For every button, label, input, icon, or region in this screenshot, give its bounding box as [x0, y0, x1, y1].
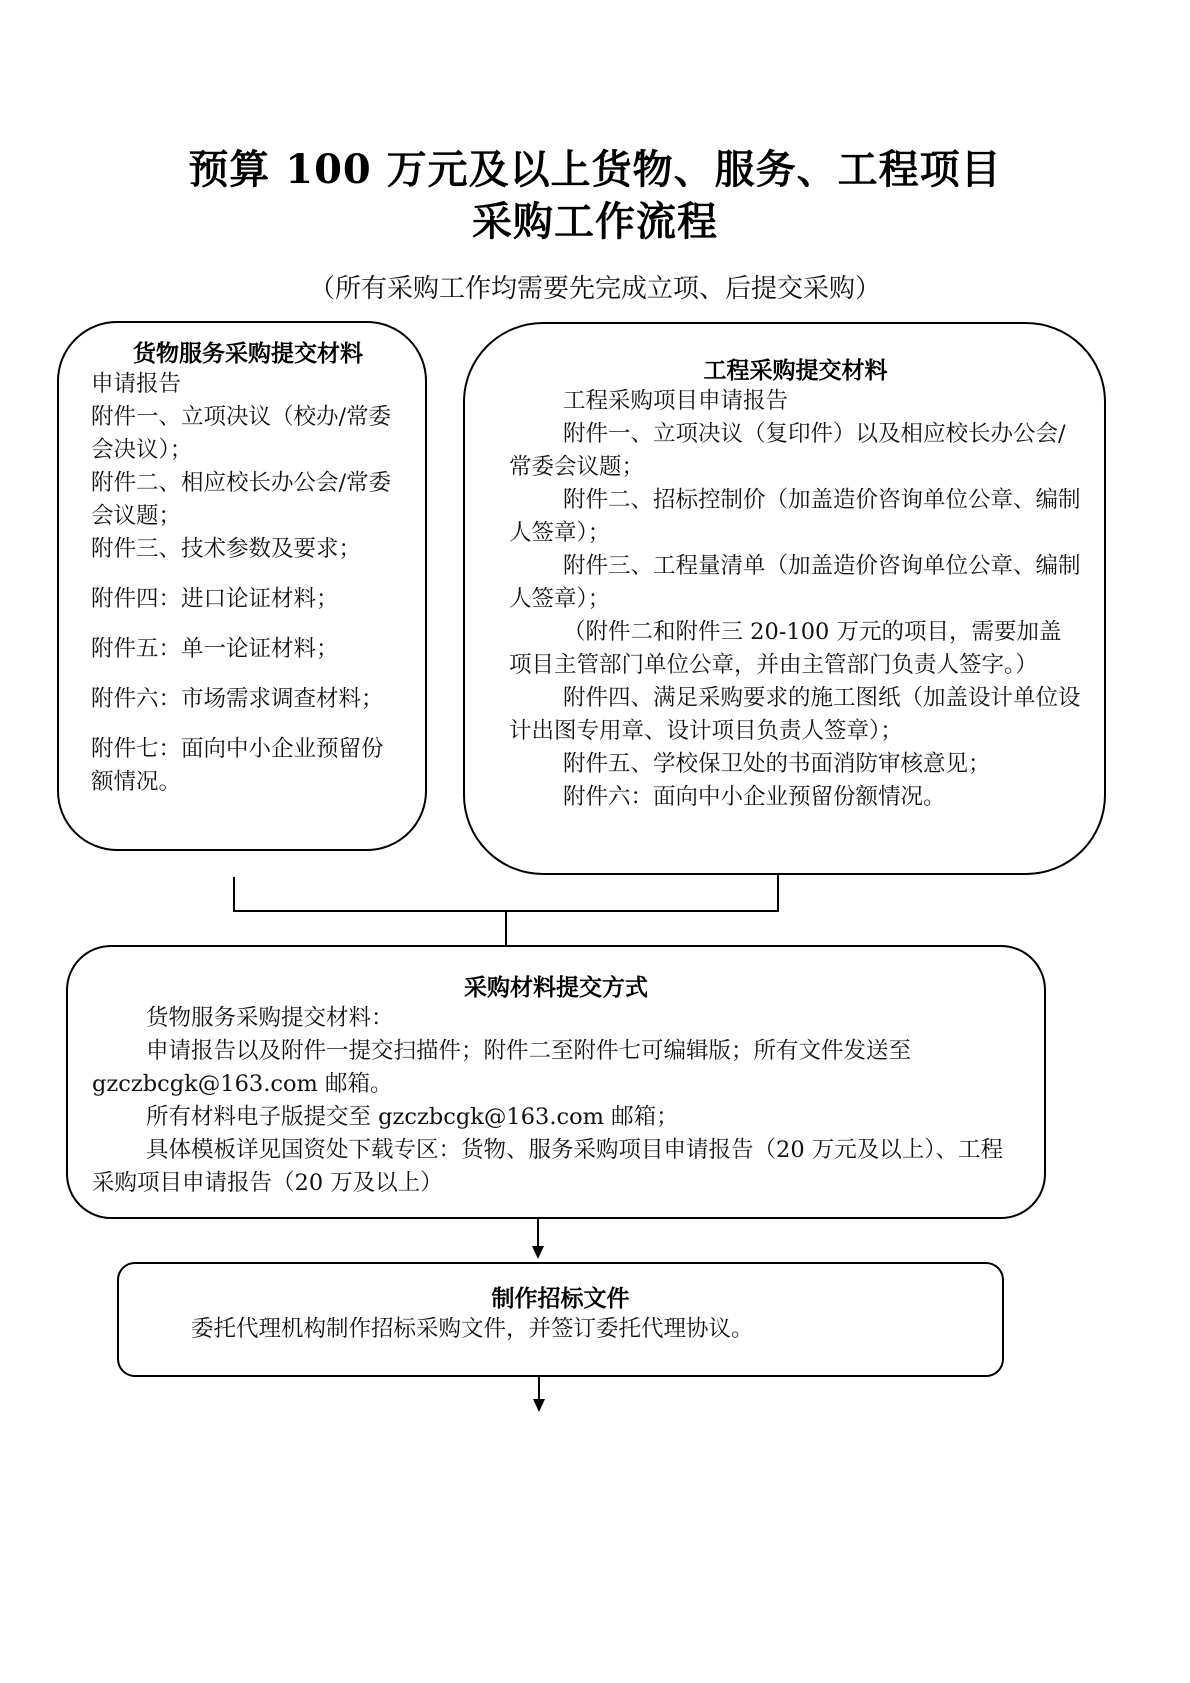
engineering-item: 附件三、工程量清单（加盖造价咨询单位公章、编制人签章）；	[509, 550, 1082, 616]
arrow-shaft-2	[538, 1377, 540, 1401]
submission-item: 具体模板详见国资处下载专区：货物、服务采购项目申请报告（20 万元及以上）、工程…	[92, 1134, 1020, 1200]
goods-item: 附件五：单一论证材料；	[91, 633, 405, 666]
page-title-line-1: 预算 100 万元及以上货物、服务、工程项目	[0, 138, 1190, 195]
tender-document-box: 制作招标文件 委托代理机构制作招标采购文件，并签订委托代理协议。	[117, 1262, 1004, 1377]
goods-item: 附件二、相应校长办公会/常委会议题；	[91, 467, 405, 533]
engineering-note: （附件二和附件三 20-100 万元的项目，需要加盖项目主管部门单位公章，并由主…	[509, 616, 1082, 682]
engineering-item: 附件五、学校保卫处的书面消防审核意见；	[509, 748, 1082, 781]
connector-left-down	[233, 877, 235, 912]
goods-item: 附件三、技术参数及要求；	[91, 533, 405, 566]
arrow-down-icon	[532, 1246, 544, 1259]
arrow-down-icon	[533, 1399, 545, 1412]
arrow-shaft-1	[537, 1219, 539, 1249]
submission-method-box: 采购材料提交方式 货物服务采购提交材料： 申请报告以及附件一提交扫描件；附件二至…	[66, 945, 1046, 1219]
goods-services-materials-box: 货物服务采购提交材料 申请报告 附件一、立项决议（校办/常委会决议）； 附件二、…	[57, 321, 427, 851]
connector-center-down	[505, 910, 507, 946]
tender-text: 委托代理机构制作招标采购文件，并签订委托代理协议。	[191, 1313, 978, 1346]
submission-item: 货物服务采购提交材料：	[92, 1002, 1020, 1035]
connector-right-down	[777, 875, 779, 912]
goods-services-heading: 货物服务采购提交材料	[91, 335, 405, 368]
page-title-line-2: 采购工作流程	[0, 190, 1190, 247]
goods-item: 附件七：面向中小企业预留份额情况。	[91, 733, 405, 799]
tender-heading: 制作招标文件	[143, 1280, 978, 1313]
goods-item: 附件一、立项决议（校办/常委会决议）；	[91, 401, 405, 467]
goods-item: 附件六：市场需求调查材料；	[91, 683, 405, 716]
engineering-item: 附件二、招标控制价（加盖造价咨询单位公章、编制人签章）；	[509, 484, 1082, 550]
goods-item: 申请报告	[91, 368, 405, 401]
engineering-item: 工程采购项目申请报告	[509, 385, 1082, 418]
engineering-item: 附件六：面向中小企业预留份额情况。	[509, 781, 1082, 814]
submission-item: 申请报告以及附件一提交扫描件；附件二至附件七可编辑版；所有文件发送至 gzczb…	[92, 1035, 1020, 1101]
engineering-item: 附件一、立项决议（复印件）以及相应校长办公会/常委会议题；	[509, 418, 1082, 484]
engineering-heading: 工程采购提交材料	[509, 352, 1082, 385]
engineering-materials-box: 工程采购提交材料 工程采购项目申请报告 附件一、立项决议（复印件）以及相应校长办…	[463, 322, 1106, 875]
page-subtitle: （所有采购工作均需要先完成立项、后提交采购）	[0, 268, 1190, 305]
engineering-item: 附件四、满足采购要求的施工图纸（加盖设计单位设计出图专用章、设计项目负责人签章）…	[509, 682, 1082, 748]
submission-heading: 采购材料提交方式	[92, 969, 1020, 1002]
goods-item: 附件四：进口论证材料；	[91, 583, 405, 616]
submission-item: 所有材料电子版提交至 gzczbcgk@163.com 邮箱；	[92, 1101, 1020, 1134]
